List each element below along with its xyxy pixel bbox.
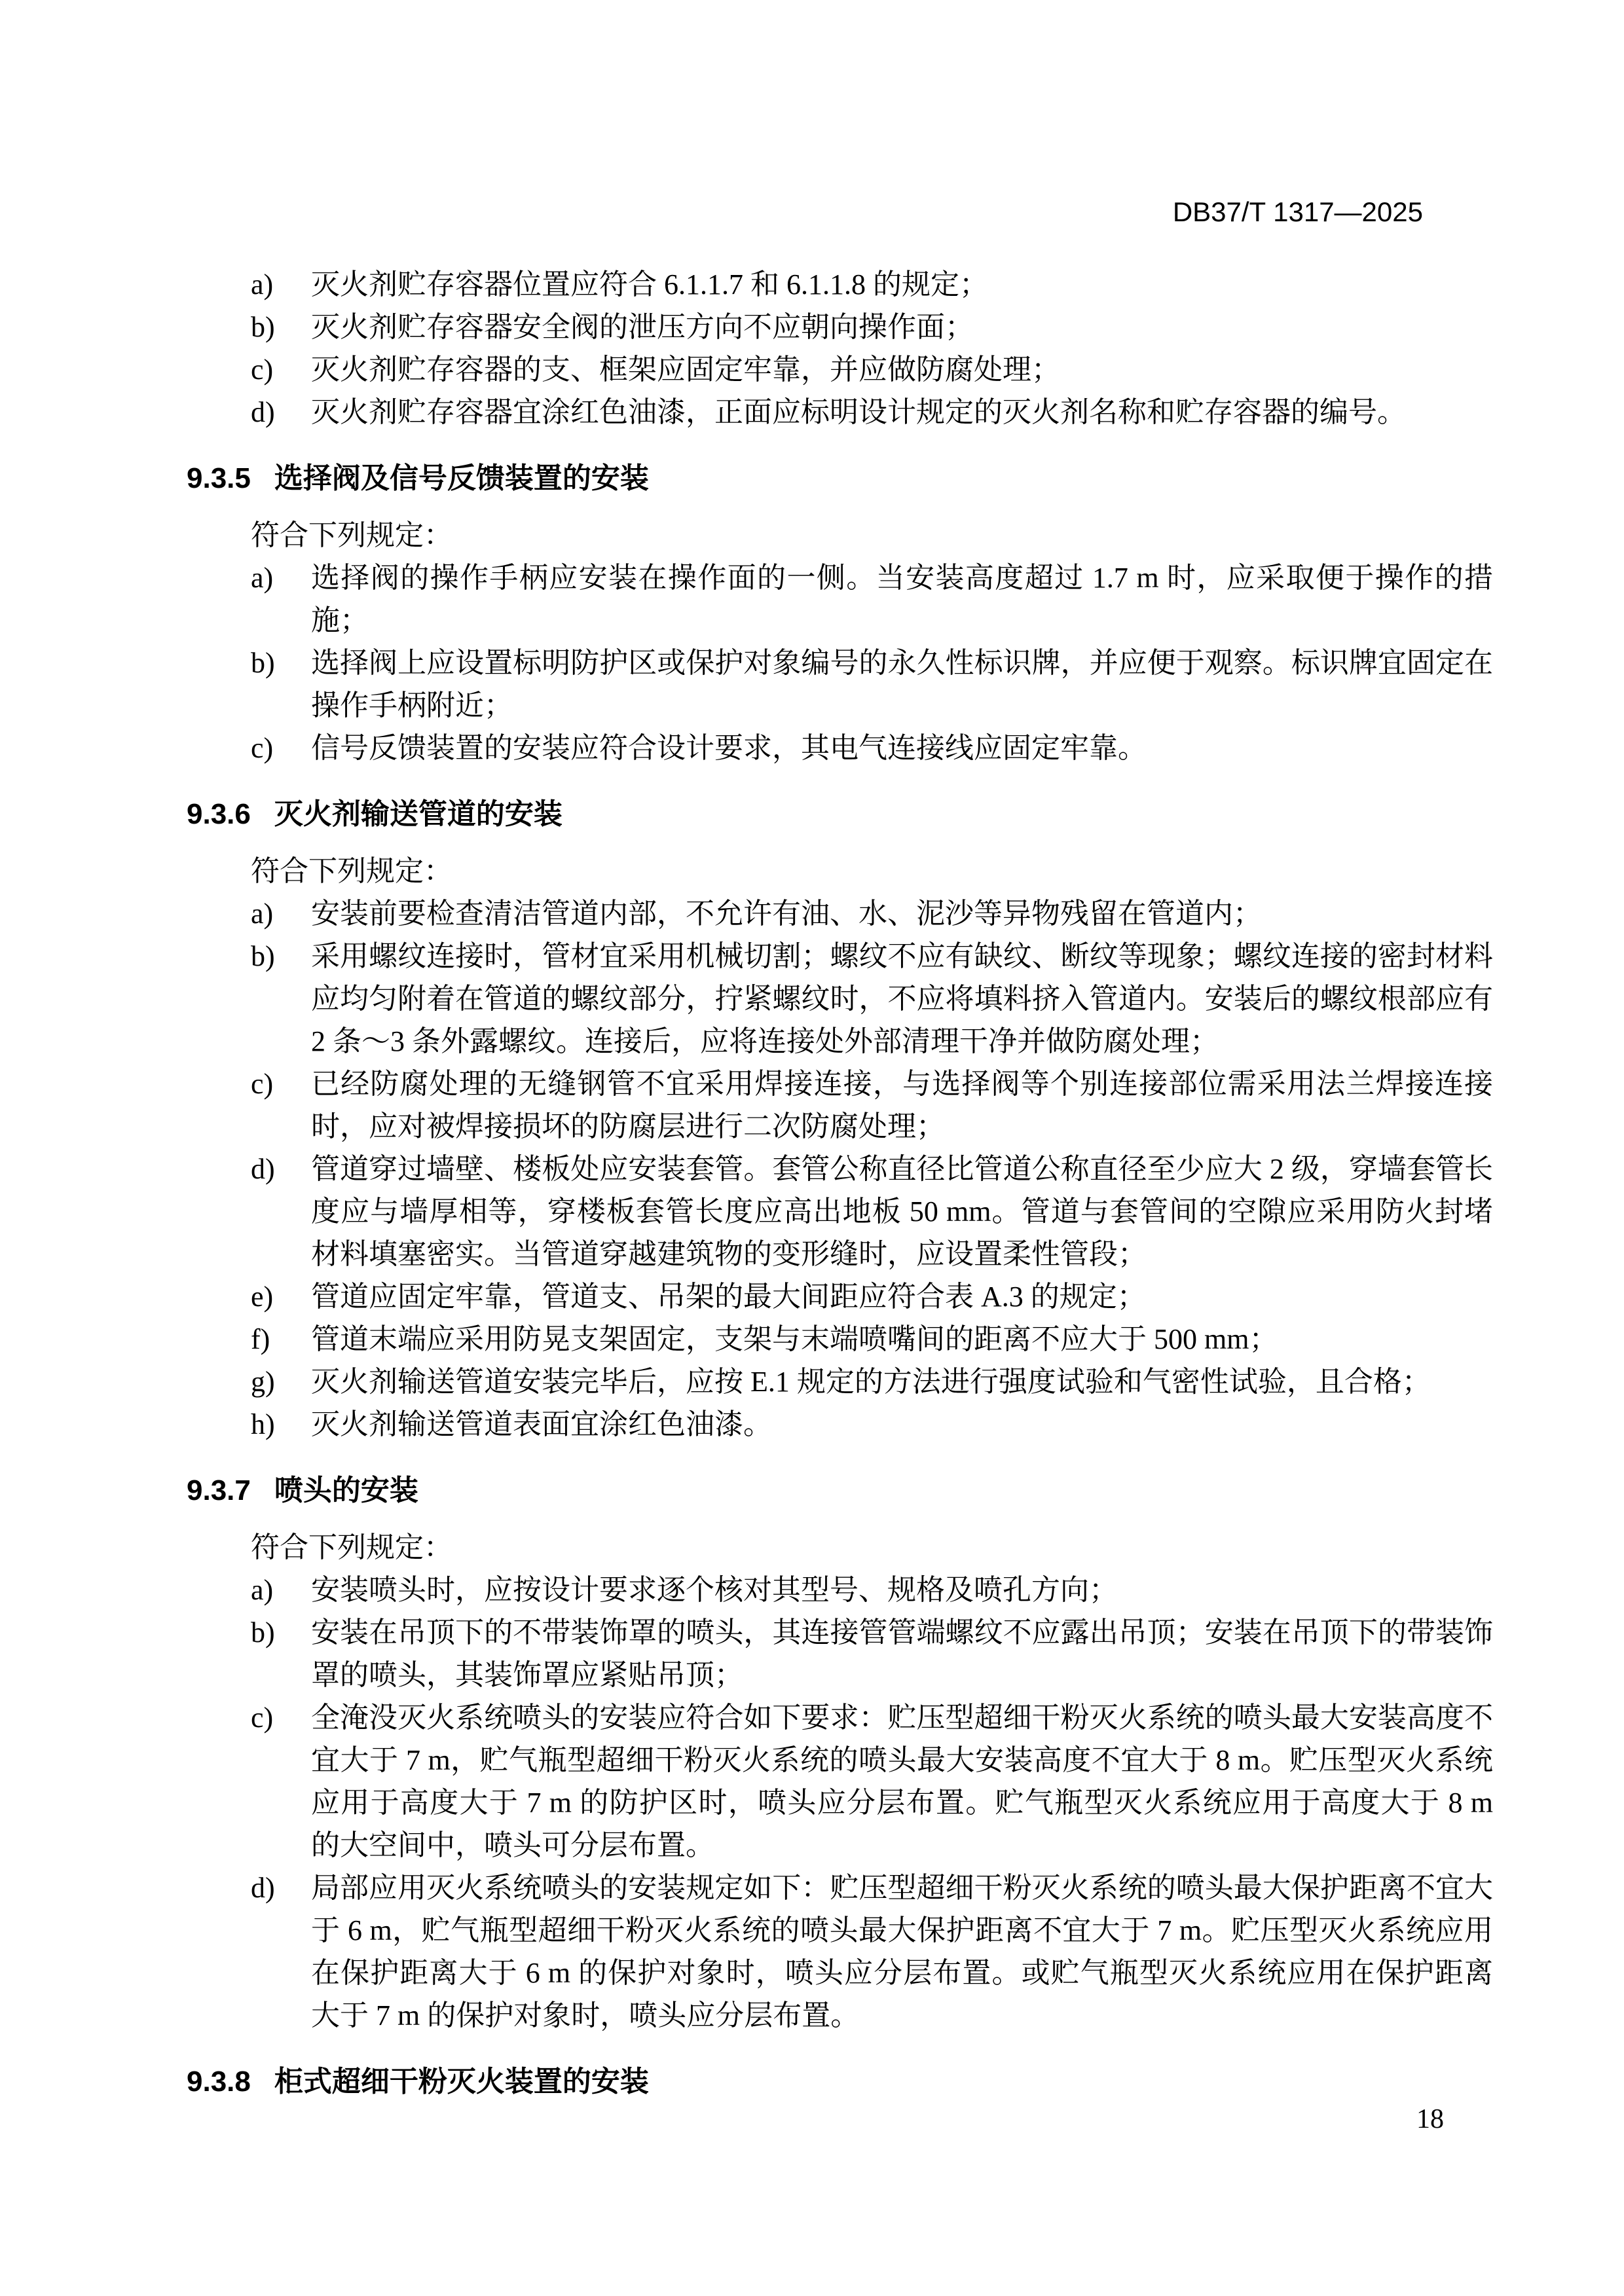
list-item-text: 局部应用灭火系统喷头的安装规定如下：贮压型超细干粉灭火系统的喷头最大保护距离不宜… [311, 1867, 1493, 2037]
section-title: 柜式超细干粉灭火装置的安装 [274, 2060, 649, 2103]
list-item-text: 采用螺纹连接时，管材宜采用机械切割；螺纹不应有缺纹、断纹等现象；螺纹连接的密封材… [311, 935, 1493, 1063]
section-intro: 符合下列规定： [251, 514, 1493, 556]
section-heading: 9.3.7喷头的安装 [187, 1469, 1493, 1512]
list-item-text: 灭火剂贮存容器的支、框架应固定牢靠，并应做防腐处理； [311, 348, 1493, 391]
list-item-label: c) [251, 1063, 311, 1148]
list-item: b)选择阀上应设置标明防护区或保护对象编号的永久性标识牌，并应便于观察。标识牌宜… [251, 642, 1493, 727]
list-item-label: f) [251, 1318, 311, 1360]
list-item-text: 安装在吊顶下的不带装饰罩的喷头，其连接管管端螺纹不应露出吊顶；安装在吊顶下的带装… [311, 1611, 1493, 1696]
list-item-text: 管道末端应采用防晃支架固定，支架与末端喷嘴间的距离不应大于 500 mm； [311, 1318, 1493, 1360]
page-number: 18 [1416, 2104, 1444, 2134]
list-item-label: b) [251, 642, 311, 727]
list-item-text: 全淹没灭火系统喷头的安装应符合如下要求：贮压型超细干粉灭火系统的喷头最大安装高度… [311, 1696, 1493, 1867]
list-item-text: 灭火剂输送管道安装完毕后，应按 E.1 规定的方法进行强度试验和气密性试验，且合… [311, 1360, 1493, 1403]
list-item-text: 管道穿过墙壁、楼板处应安装套管。套管公称直径比管道公称直径至少应大 2 级，穿墙… [311, 1148, 1493, 1275]
list-item-text: 灭火剂贮存容器安全阀的泄压方向不应朝向操作面； [311, 306, 1493, 348]
document-header: DB37/T 1317—2025 [1173, 196, 1423, 228]
section-heading: 9.3.8柜式超细干粉灭火装置的安装 [187, 2060, 1493, 2103]
list-item-text: 选择阀上应设置标明防护区或保护对象编号的永久性标识牌，并应便于观察。标识牌宜固定… [311, 642, 1493, 727]
list-item-label: c) [251, 348, 311, 391]
page-footer: 18 [1416, 2103, 1444, 2136]
list-item: b)采用螺纹连接时，管材宜采用机械切割；螺纹不应有缺纹、断纹等现象；螺纹连接的密… [251, 935, 1493, 1063]
section-title: 灭火剂输送管道的安装 [274, 793, 563, 835]
list-item: b)灭火剂贮存容器安全阀的泄压方向不应朝向操作面； [251, 306, 1493, 348]
list-item-text: 灭火剂贮存容器位置应符合 6.1.1.7 和 6.1.1.8 的规定； [311, 263, 1493, 306]
list-item-label: d) [251, 1867, 311, 2037]
section-number: 9.3.5 [187, 457, 251, 500]
list-item-text: 已经防腐处理的无缝钢管不宜采用焊接连接，与选择阀等个别连接部位需采用法兰焊接连接… [311, 1063, 1493, 1148]
list-item: g)灭火剂输送管道安装完毕后，应按 E.1 规定的方法进行强度试验和气密性试验，… [251, 1360, 1493, 1403]
list-item-text: 安装喷头时，应按设计要求逐个核对其型号、规格及喷孔方向； [311, 1569, 1493, 1611]
section-intro: 符合下列规定： [251, 1526, 1493, 1569]
list-item: c)全淹没灭火系统喷头的安装应符合如下要求：贮压型超细干粉灭火系统的喷头最大安装… [251, 1696, 1493, 1867]
list-item-label: d) [251, 1148, 311, 1275]
list-item: a)安装喷头时，应按设计要求逐个核对其型号、规格及喷孔方向； [251, 1569, 1493, 1611]
list-item: h)灭火剂输送管道表面宜涂红色油漆。 [251, 1403, 1493, 1446]
section-number: 9.3.8 [187, 2060, 251, 2103]
section-number: 9.3.6 [187, 793, 251, 835]
list-item: d)局部应用灭火系统喷头的安装规定如下：贮压型超细干粉灭火系统的喷头最大保护距离… [251, 1867, 1493, 2037]
section-intro: 符合下列规定： [251, 850, 1493, 892]
list-item-label: a) [251, 263, 311, 306]
section-number: 9.3.7 [187, 1469, 251, 1512]
list-item-label: b) [251, 306, 311, 348]
list-item-label: c) [251, 1696, 311, 1867]
list-item-text: 安装前要检查清洁管道内部，不允许有油、水、泥沙等异物残留在管道内； [311, 892, 1493, 935]
list-item: d)灭火剂贮存容器宜涂红色油漆，正面应标明设计规定的灭火剂名称和贮存容器的编号。 [251, 391, 1493, 433]
list-item: c)信号反馈装置的安装应符合设计要求，其电气连接线应固定牢靠。 [251, 727, 1493, 769]
section-title: 选择阀及信号反馈装置的安装 [274, 457, 649, 500]
list-item: d)管道穿过墙壁、楼板处应安装套管。套管公称直径比管道公称直径至少应大 2 级，… [251, 1148, 1493, 1275]
standard-number: DB37/T 1317—2025 [1173, 196, 1423, 227]
list-item: e)管道应固定牢靠，管道支、吊架的最大间距应符合表 A.3 的规定； [251, 1275, 1493, 1318]
list-item: a)选择阀的操作手柄应安装在操作面的一侧。当安装高度超过 1.7 m 时，应采取… [251, 556, 1493, 642]
section-heading: 9.3.5选择阀及信号反馈装置的安装 [187, 457, 1493, 500]
list-item-label: b) [251, 935, 311, 1063]
list-item-text: 选择阀的操作手柄应安装在操作面的一侧。当安装高度超过 1.7 m 时，应采取便于… [311, 556, 1493, 642]
list-item: c)灭火剂贮存容器的支、框架应固定牢靠，并应做防腐处理； [251, 348, 1493, 391]
list-item-label: d) [251, 391, 311, 433]
list-item-label: c) [251, 727, 311, 769]
list-item-text: 灭火剂贮存容器宜涂红色油漆，正面应标明设计规定的灭火剂名称和贮存容器的编号。 [311, 391, 1493, 433]
list-item: c)已经防腐处理的无缝钢管不宜采用焊接连接，与选择阀等个别连接部位需采用法兰焊接… [251, 1063, 1493, 1148]
list-item-label: h) [251, 1403, 311, 1446]
list-item-label: b) [251, 1611, 311, 1696]
list-item-text: 管道应固定牢靠，管道支、吊架的最大间距应符合表 A.3 的规定； [311, 1275, 1493, 1318]
list-item-label: a) [251, 1569, 311, 1611]
list-item: f)管道末端应采用防晃支架固定，支架与末端喷嘴间的距离不应大于 500 mm； [251, 1318, 1493, 1360]
list-item-text: 灭火剂输送管道表面宜涂红色油漆。 [311, 1403, 1493, 1446]
list-item: a)灭火剂贮存容器位置应符合 6.1.1.7 和 6.1.1.8 的规定； [251, 263, 1493, 306]
list-item: a)安装前要检查清洁管道内部，不允许有油、水、泥沙等异物残留在管道内； [251, 892, 1493, 935]
list-item-label: e) [251, 1275, 311, 1318]
section-heading: 9.3.6灭火剂输送管道的安装 [187, 793, 1493, 835]
document-page: DB37/T 1317—2025 a)灭火剂贮存容器位置应符合 6.1.1.7 … [0, 0, 1624, 2296]
list-item-label: g) [251, 1360, 311, 1403]
section-title: 喷头的安装 [274, 1469, 418, 1512]
list-item-text: 信号反馈装置的安装应符合设计要求，其电气连接线应固定牢靠。 [311, 727, 1493, 769]
list-item: b)安装在吊顶下的不带装饰罩的喷头，其连接管管端螺纹不应露出吊顶；安装在吊顶下的… [251, 1611, 1493, 1696]
list-item-label: a) [251, 892, 311, 935]
document-body: a)灭火剂贮存容器位置应符合 6.1.1.7 和 6.1.1.8 的规定；b)灭… [187, 263, 1493, 2117]
list-item-label: a) [251, 556, 311, 642]
